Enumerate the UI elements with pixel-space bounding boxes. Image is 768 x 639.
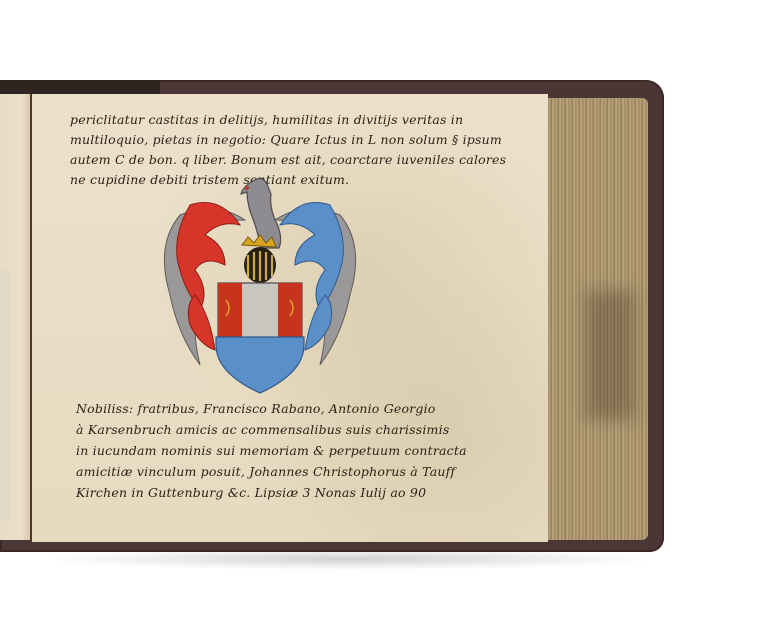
text-line: amicitiæ vinculum posuit, Johannes Chris… bbox=[76, 461, 467, 482]
page-edge-stain bbox=[585, 290, 635, 420]
worn-cover-edge bbox=[0, 80, 160, 94]
text-line: periclitatur castitas in delitijs, humil… bbox=[70, 110, 506, 130]
text-line: Nobiliss: fratribus, Francisco Rabano, A… bbox=[76, 398, 467, 419]
left-page-offset-mark bbox=[0, 270, 10, 520]
coat-of-arms bbox=[150, 175, 370, 400]
left-page bbox=[0, 94, 32, 540]
text-line: Kirchen in Guttenburg &c. Lipsiæ 3 Nonas… bbox=[76, 482, 467, 503]
dedication-inscription: Nobiliss: fratribus, Francisco Rabano, A… bbox=[76, 398, 467, 503]
text-line: multiloquio, pietas in negotio: Quare Ic… bbox=[70, 130, 506, 150]
text-line: à Karsenbruch amicis ac commensalibus su… bbox=[76, 419, 467, 440]
text-line: autem C de bon. q liber. Bonum est ait, … bbox=[70, 150, 506, 170]
text-line: in iucundam nominis sui memoriam & perpe… bbox=[76, 440, 467, 461]
helmet-icon bbox=[244, 247, 276, 283]
manuscript-photo: periclitatur castitas in delitijs, humil… bbox=[0, 0, 768, 639]
shield-icon bbox=[216, 283, 304, 393]
